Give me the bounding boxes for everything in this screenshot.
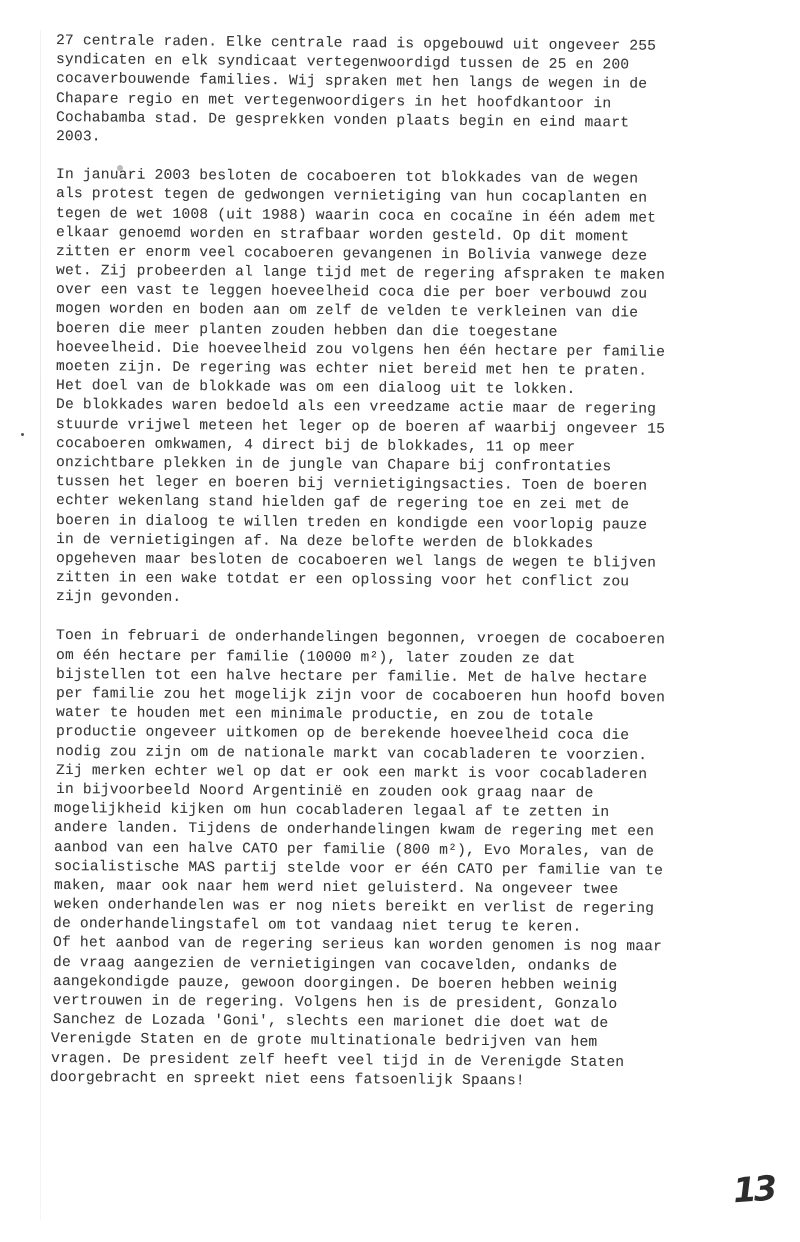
scan-page-edge bbox=[40, 30, 41, 1220]
text-line: zijn gevonden. bbox=[56, 588, 796, 613]
typewritten-document: 27 centrale raden. Elke centrale raad is… bbox=[56, 30, 796, 1088]
handwritten-page-number: 13 bbox=[732, 1169, 776, 1212]
paragraph-negotiations: Toen in februari de onderhandelingen beg… bbox=[56, 627, 796, 1088]
paragraph-interviews: 27 centrale raden. Elke centrale raad is… bbox=[56, 32, 796, 147]
paragraph-blockades: In januari 2003 besloten de cocaboeren t… bbox=[56, 166, 796, 607]
margin-dot-mark bbox=[21, 433, 24, 436]
